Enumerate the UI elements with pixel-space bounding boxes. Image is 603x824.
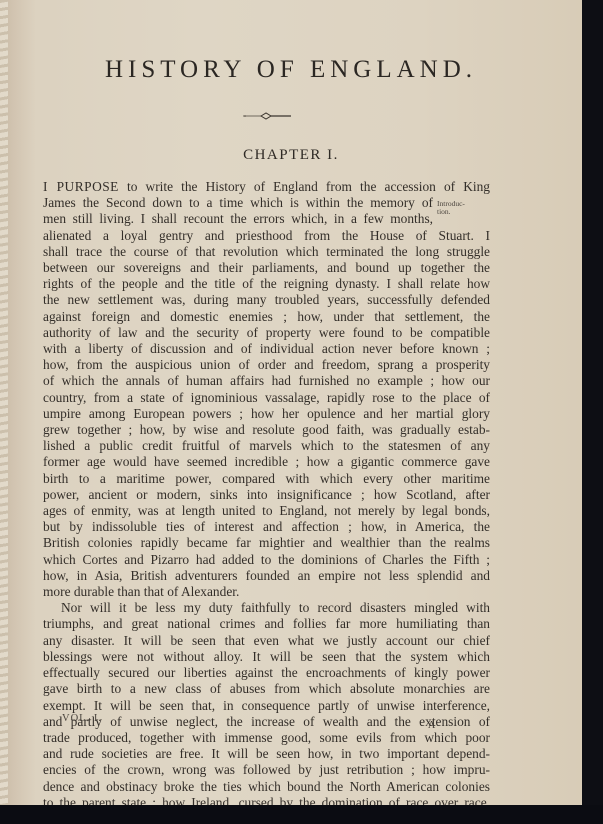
paragraph-1-line: men still living. I shall recount the er… (43, 211, 433, 227)
rule-ornament-icon (241, 110, 301, 122)
paragraph-1-line: former age would have seemed incredible … (43, 454, 490, 470)
body-text: I PURPOSE to write the History of Englan… (43, 179, 490, 805)
paragraph-1-line: against foreign and domestic enemies ; h… (43, 309, 490, 325)
paragraph-1-line: of which the annals of human affairs had… (43, 373, 490, 389)
paragraph-2-line: trade produced, together with immense go… (43, 730, 490, 746)
opening-words: I PURPOSE (43, 179, 119, 194)
paragraph-2-line: triumphs, and great national crimes and … (43, 616, 490, 632)
paragraph-1-line: the new settlement was, during many trou… (43, 292, 490, 308)
paragraph-1-line: birth to a maritime power, compared with… (43, 471, 490, 487)
paragraph-1-line: power, ancient or modern, sinks into ins… (43, 487, 490, 503)
paragraph-1-line: shall trace the course of that revolutio… (43, 244, 490, 260)
paragraph-1-line: between our sovereigns and their parliam… (43, 260, 490, 276)
paragraph-1-line: British colonies rapidly became far migh… (43, 535, 490, 551)
paragraph-2-line: and partly of unwise neglect, the increa… (43, 714, 490, 730)
page-edges-stack (0, 0, 8, 805)
paragraph-1-line: which Cortes and Pizarro had added to th… (43, 552, 490, 568)
paragraph-2-line: and rude societies are free. It will be … (43, 746, 490, 762)
paragraph-1-line: but by indissoluble ties of interest and… (43, 519, 490, 535)
paragraph-2-line: encies of the crown, wrong was followed … (43, 762, 490, 778)
paragraph-1-line: James the Second down to a time which is… (43, 195, 433, 211)
printer-signature-mark: A (428, 720, 435, 731)
paragraph-1-line: lished a public credit fruitful of marve… (43, 438, 490, 454)
paragraph-1-line: how, in Asia, British adventurers founde… (43, 568, 490, 584)
paragraph-2-line: dence and obstinacy broke the ties which… (43, 779, 490, 795)
paragraph-2-line: effectually secured our liberties agains… (43, 665, 490, 681)
gutter-shadow (8, 0, 36, 805)
paragraph-1-line: I PURPOSE to write the History of Englan… (43, 179, 490, 195)
chapter-heading: CHAPTER I. (0, 147, 582, 164)
paragraph-2-line: Nor will it be less my duty faithfully t… (43, 600, 490, 616)
paragraph-1-line: how, from the auspicious union of order … (43, 357, 490, 373)
book-page: HISTORY OF ENGLAND. CHAPTER I. Introduc-… (0, 0, 582, 805)
paragraph-1-line: umpire among European powers ; how her o… (43, 406, 490, 422)
paragraph-1-line: rights of the people and the title of th… (43, 276, 490, 292)
paragraph-1-line: with a liberty of discussion and of indi… (43, 341, 490, 357)
paragraph-1-line: ages of enmity, was at length united to … (43, 503, 490, 519)
paragraph-1-line: authority of law and the security of pro… (43, 325, 490, 341)
paragraph-2-line: any disaster. It will be seen that even … (43, 633, 490, 649)
paragraph-2-line: blessings were not without alloy. It wil… (43, 649, 490, 665)
paragraph-1-line: alienated a loyal gentry and priesthood … (43, 228, 490, 244)
paragraph-1-line: country, from a state of ignominious vas… (43, 390, 490, 406)
paragraph-2-line: gave birth to a new class of abuses from… (43, 681, 490, 697)
volume-signature: VOL. I. (62, 713, 102, 724)
paragraph-1-line: grew together ; how, by wise and resolut… (43, 422, 490, 438)
paragraph-2-line: exempt. It will be seen that, in consequ… (43, 698, 490, 714)
paragraph-2-line: to the parent state ; how Ireland, curse… (43, 795, 490, 805)
running-title: HISTORY OF ENGLAND. (0, 56, 582, 84)
paragraph-1-line: more durable than that of Alexander. (43, 584, 490, 600)
dark-background (0, 805, 603, 824)
